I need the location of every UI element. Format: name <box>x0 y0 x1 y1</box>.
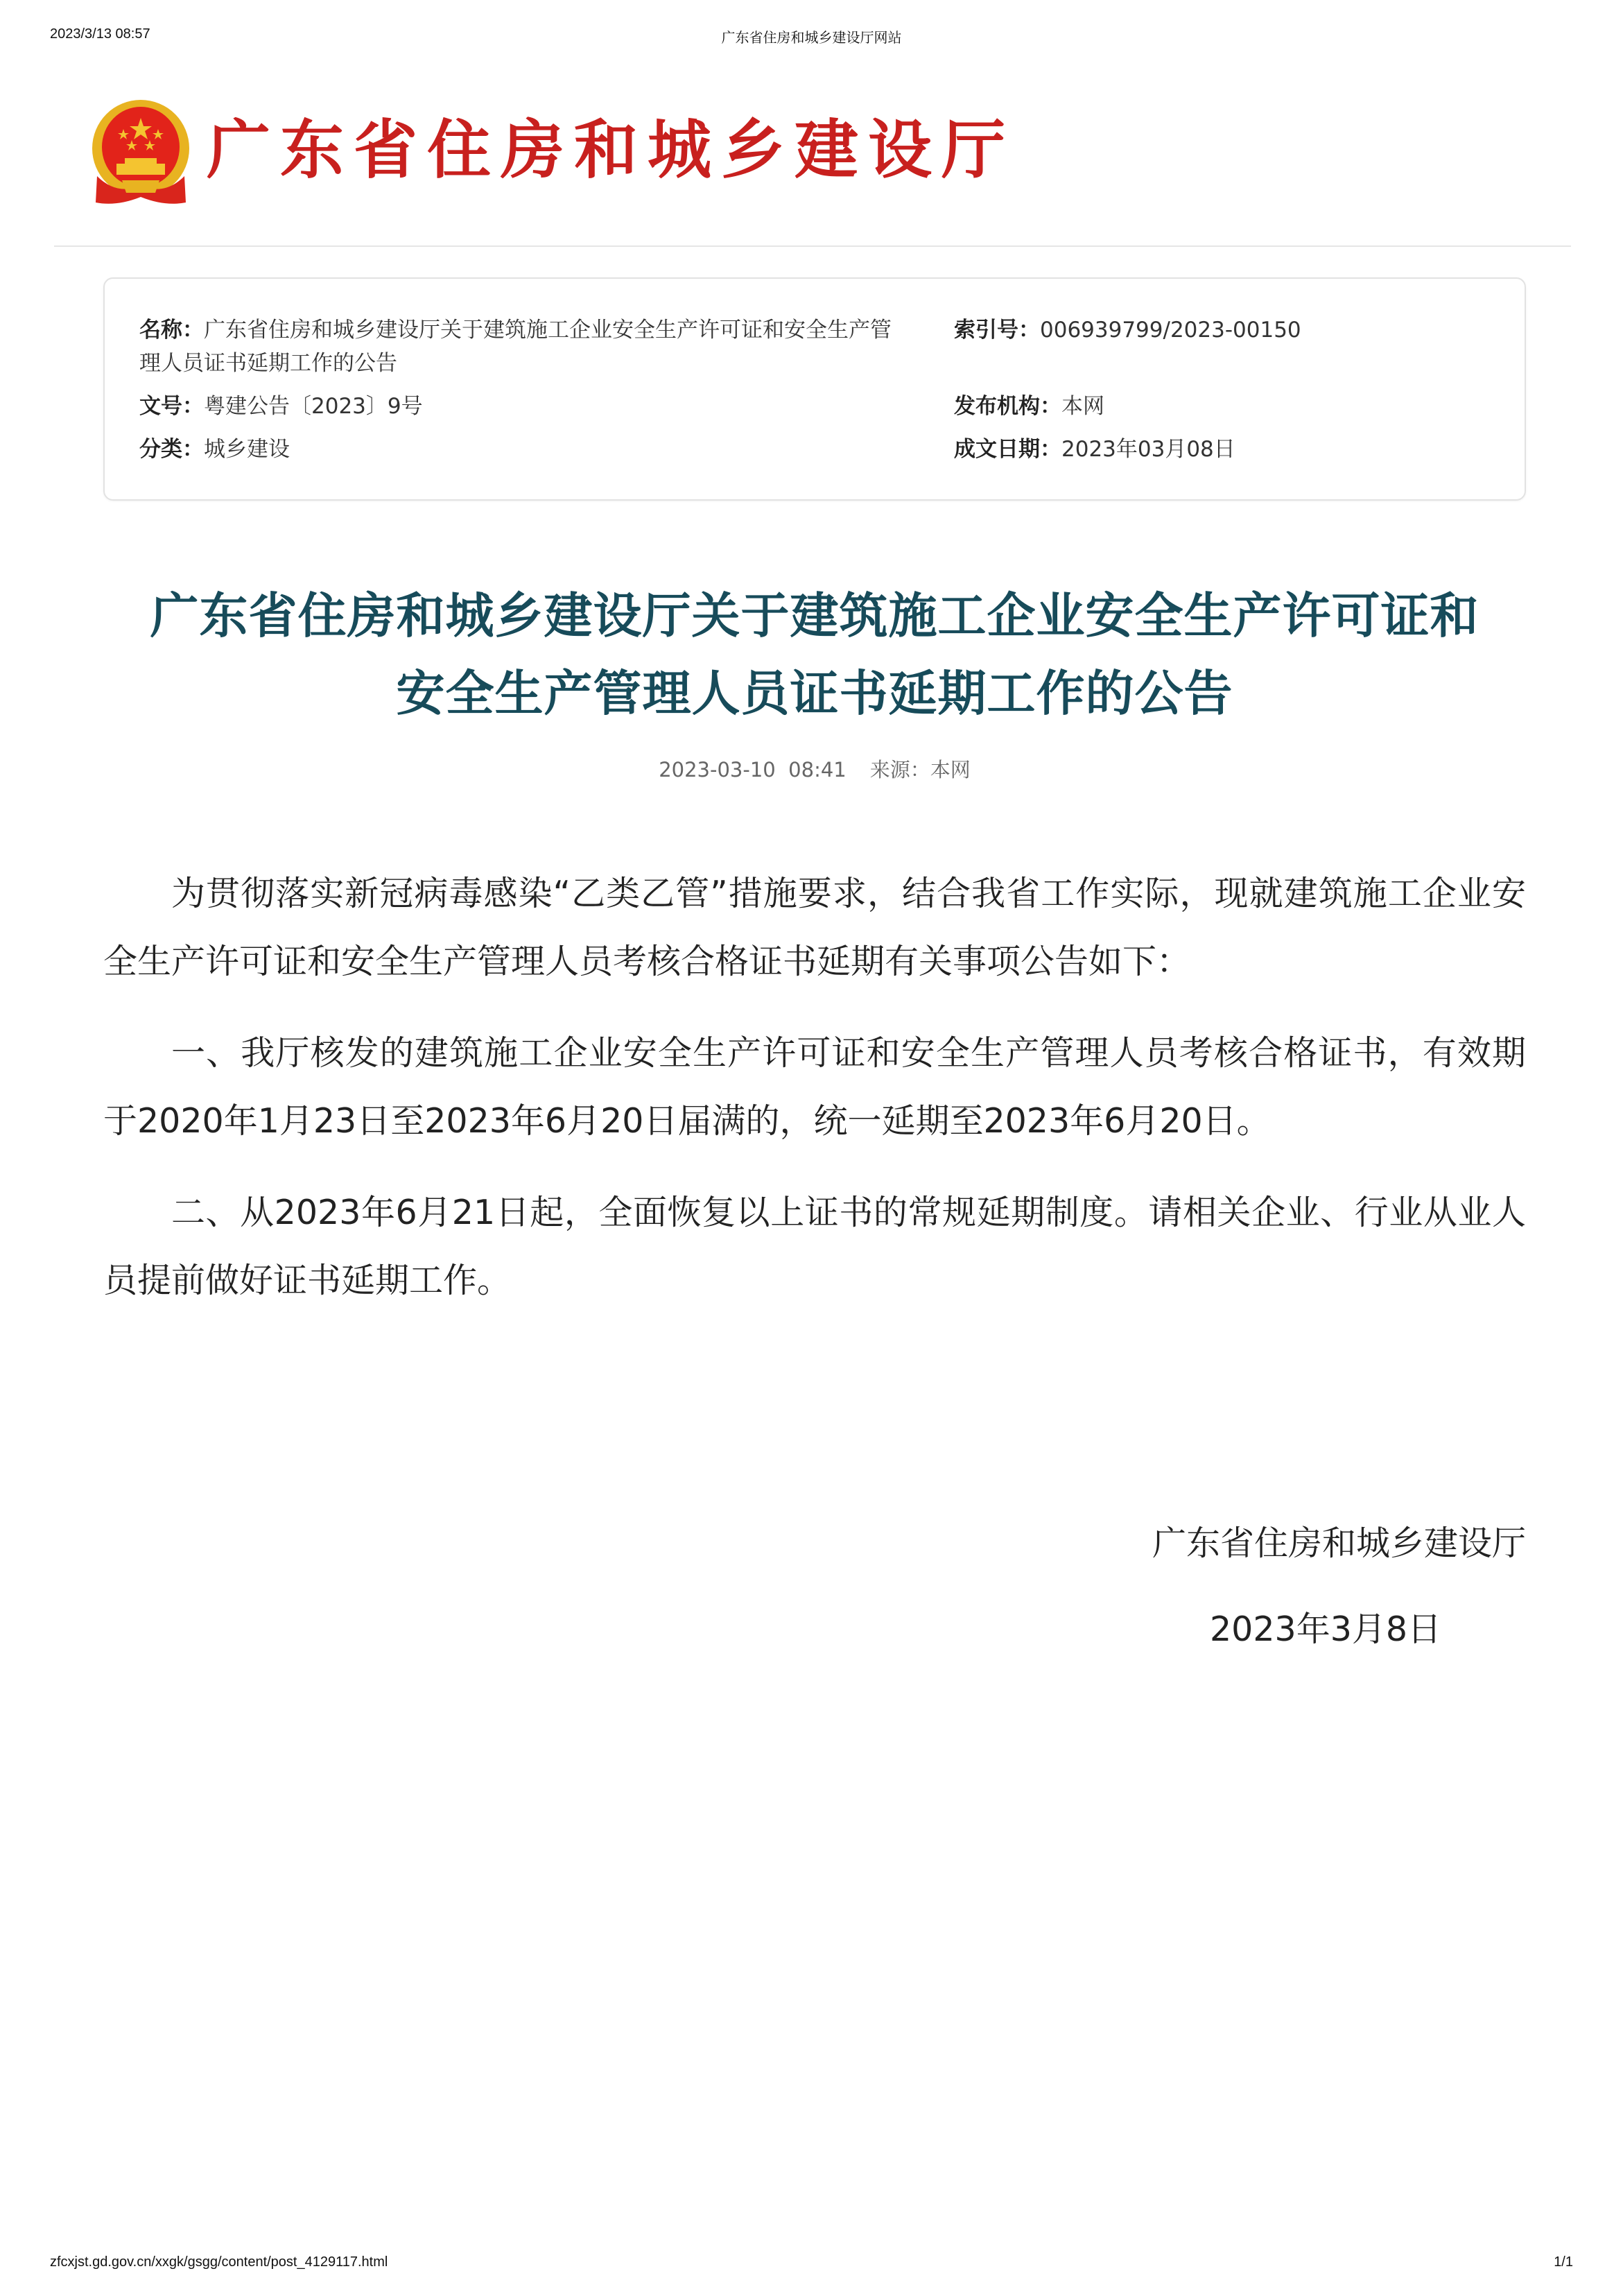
meta-category: 分类：城乡建设 <box>139 433 290 466</box>
print-header: 2023/3/13 08:57 广东省住房和城乡建设厅网站 <box>0 26 1623 47</box>
meta-date: 成文日期：2023年03月08日 <box>954 433 1235 466</box>
meta-name: 名称：广东省住房和城乡建设厅关于建筑施工企业安全生产许可证和安全生产管理人员证书… <box>139 313 902 380</box>
meta-date-label: 成文日期： <box>954 437 1061 462</box>
document-metadata-panel: 名称：广东省住房和城乡建设厅关于建筑施工企业安全生产许可证和安全生产管理人员证书… <box>103 277 1526 501</box>
print-footer: zfcxjst.gd.gov.cn/xxgk/gsgg/content/post… <box>0 2254 1623 2275</box>
print-page-title: 广东省住房和城乡建设厅网站 <box>0 26 1623 46</box>
signature-date: 2023年3月8日 <box>1210 1609 1441 1650</box>
meta-name-label: 名称： <box>139 318 204 343</box>
article-body: 为贯彻落实新冠病毒感染“乙类乙管”措施要求，结合我省工作实际，现就建筑施工企业安… <box>103 860 1526 1338</box>
meta-publisher: 发布机构：本网 <box>954 390 1104 423</box>
meta-category-label: 分类： <box>139 437 204 462</box>
header-divider <box>54 245 1571 247</box>
source-label: 来源： <box>870 758 930 782</box>
signature-org: 广东省住房和城乡建设厅 <box>1152 1523 1526 1564</box>
meta-publisher-value: 本网 <box>1061 394 1104 419</box>
paragraph-item-1: 一、我厅核发的建筑施工企业安全生产许可证和安全生产管理人员考核合格证书，有效期于… <box>103 1019 1526 1155</box>
source-value: 本网 <box>930 758 971 782</box>
article-title-line1: 广东省住房和城乡建设厅关于建筑施工企业安全生产许可证和 <box>103 577 1526 655</box>
meta-docno: 文号：粤建公告〔2023〕9号 <box>139 390 423 423</box>
paragraph-intro: 为贯彻落实新冠病毒感染“乙类乙管”措施要求，结合我省工作实际，现就建筑施工企业安… <box>103 860 1526 996</box>
publish-time: 2023-03-10 08:41 <box>659 758 847 782</box>
national-emblem-icon <box>89 98 193 207</box>
meta-category-value: 城乡建设 <box>204 437 290 462</box>
meta-docno-value: 粤建公告〔2023〕9号 <box>204 394 423 419</box>
meta-publisher-label: 发布机构： <box>954 394 1061 419</box>
meta-name-value: 广东省住房和城乡建设厅关于建筑施工企业安全生产许可证和安全生产管理人员证书延期工… <box>139 318 892 376</box>
site-name: 广东省住房和城乡建设厅 <box>207 119 1015 182</box>
paragraph-item-2: 二、从2023年6月21日起，全面恢复以上证书的常规延期制度。请相关企业、行业从… <box>103 1179 1526 1315</box>
page-number: 1/1 <box>1554 2254 1573 2270</box>
meta-index-label: 索引号： <box>954 318 1040 343</box>
meta-index: 索引号：006939799/2023-00150 <box>954 313 1301 347</box>
article-info: 2023-03-10 08:41来源：本网 <box>103 754 1526 783</box>
meta-index-value: 006939799/2023-00150 <box>1040 318 1301 343</box>
meta-docno-label: 文号： <box>139 394 204 419</box>
site-header: 广东省住房和城乡建设厅 <box>89 97 1015 208</box>
article-title-line2: 安全生产管理人员证书延期工作的公告 <box>103 655 1526 732</box>
article-title: 广东省住房和城乡建设厅关于建筑施工企业安全生产许可证和 安全生产管理人员证书延期… <box>103 577 1526 732</box>
page-url: zfcxjst.gd.gov.cn/xxgk/gsgg/content/post… <box>50 2254 388 2270</box>
meta-date-value: 2023年03月08日 <box>1061 437 1235 462</box>
